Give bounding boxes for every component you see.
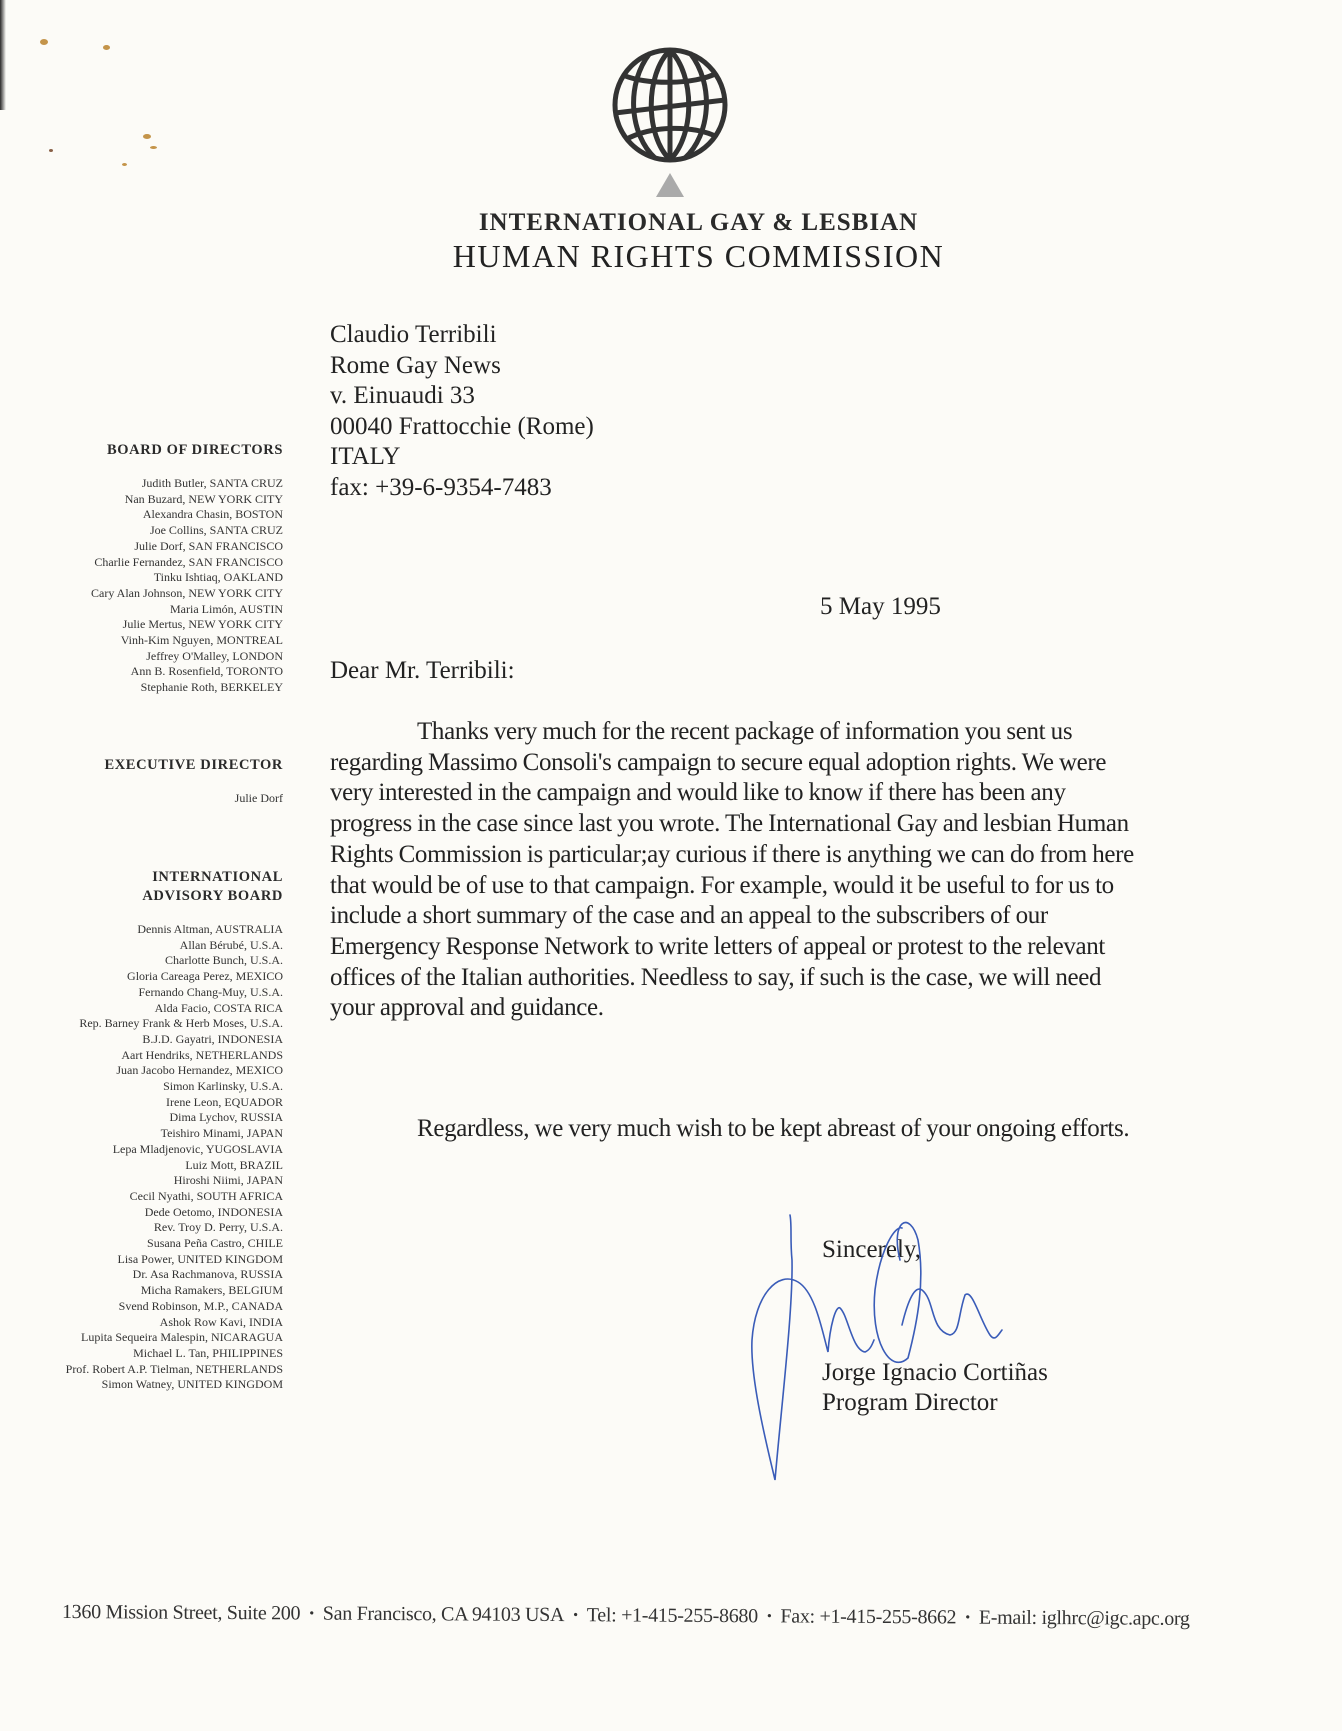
footer-item: Fax: +1-415-255-8662 bbox=[780, 1605, 956, 1628]
list-item: Lisa Power, UNITED KINGDOM bbox=[40, 1252, 283, 1268]
letter-date: 5 May 1995 bbox=[820, 593, 941, 621]
bullet-separator: • bbox=[309, 1607, 314, 1623]
list-item: Simon Watney, UNITED KINGDOM bbox=[40, 1377, 283, 1393]
list-item: Ashok Row Kavi, INDIA bbox=[40, 1315, 283, 1331]
list-item: Prof. Robert A.P. Tielman, NETHERLANDS bbox=[40, 1362, 283, 1378]
list-item: ITALY bbox=[330, 442, 594, 473]
list-item: Luiz Mott, BRAZIL bbox=[40, 1158, 283, 1174]
salutation: Dear Mr. Terribili: bbox=[330, 657, 515, 685]
scan-page-edge bbox=[0, 0, 6, 110]
paper-stain bbox=[150, 146, 157, 149]
board-of-directors: BOARD OF DIRECTORS Judith Butler, SANTA … bbox=[40, 441, 283, 696]
closing: Sincerely, bbox=[822, 1236, 921, 1264]
list-item: Rep. Barney Frank & Herb Moses, U.S.A. bbox=[40, 1016, 283, 1032]
list-item: Vinh-Kim Nguyen, MONTREAL bbox=[40, 633, 283, 649]
list-item: Rome Gay News bbox=[330, 351, 594, 382]
board-heading: BOARD OF DIRECTORS bbox=[40, 441, 283, 460]
list-item: Dede Oetomo, INDONESIA bbox=[40, 1205, 283, 1221]
list-item: Alda Facio, COSTA RICA bbox=[40, 1001, 283, 1017]
list-item: v. Einuaudi 33 bbox=[330, 381, 594, 412]
executive-director: EXECUTIVE DIRECTOR Julie Dorf bbox=[40, 756, 283, 807]
signer-block: Jorge Ignacio Cortiñas Program Director bbox=[822, 1358, 1048, 1418]
list-item: Hiroshi Niimi, JAPAN bbox=[40, 1173, 283, 1189]
list-item: Lupita Sequeira Malespin, NICARAGUA bbox=[40, 1330, 283, 1346]
org-name-line2: HUMAN RIGHTS COMMISSION bbox=[0, 238, 1342, 275]
list-item: Juan Jacobo Hernandez, MEXICO bbox=[40, 1063, 283, 1079]
list-item: Charlie Fernandez, SAN FRANCISCO bbox=[40, 555, 283, 571]
list-item: Maria Limón, AUSTIN bbox=[40, 602, 283, 618]
paper-stain bbox=[49, 149, 53, 152]
advisory-member-list: Dennis Altman, AUSTRALIAAllan Bérubé, U.… bbox=[40, 922, 283, 1393]
list-item: Nan Buzard, NEW YORK CITY bbox=[40, 492, 283, 508]
list-item: Julie Mertus, NEW YORK CITY bbox=[40, 617, 283, 633]
list-item: Julie Dorf, SAN FRANCISCO bbox=[40, 539, 283, 555]
list-item: Cary Alan Johnson, NEW YORK CITY bbox=[40, 586, 283, 602]
advisory-board: INTERNATIONAL ADVISORY BOARD Dennis Altm… bbox=[40, 868, 283, 1393]
list-item: Allan Bérubé, U.S.A. bbox=[40, 938, 283, 954]
recipient-address: Claudio TerribiliRome Gay Newsv. Einuaud… bbox=[330, 320, 594, 503]
bullet-separator: • bbox=[767, 1609, 772, 1625]
executive-list: Julie Dorf bbox=[40, 791, 283, 807]
list-item: B.J.D. Gayatri, INDONESIA bbox=[40, 1032, 283, 1048]
list-item: Micha Ramakers, BELGIUM bbox=[40, 1283, 283, 1299]
list-item: Susana Peña Castro, CHILE bbox=[40, 1236, 283, 1252]
triangle-icon bbox=[656, 173, 684, 197]
board-member-list: Judith Butler, SANTA CRUZNan Buzard, NEW… bbox=[40, 476, 283, 696]
list-item: Fernando Chang-Muy, U.S.A. bbox=[40, 985, 283, 1001]
footer-item: E-mail: iglhrc@igc.apc.org bbox=[979, 1607, 1190, 1630]
paper-stain bbox=[122, 163, 127, 166]
list-item: Irene Leon, EQUADOR bbox=[40, 1095, 283, 1111]
list-item: Svend Robinson, M.P., CANADA bbox=[40, 1299, 283, 1315]
list-item: Stephanie Roth, BERKELEY bbox=[40, 680, 283, 696]
footer-item: 1360 Mission Street, Suite 200 bbox=[62, 1601, 300, 1624]
globe-icon bbox=[605, 45, 735, 205]
list-item: Rev. Troy D. Perry, U.S.A. bbox=[40, 1220, 283, 1236]
list-item: Judith Butler, SANTA CRUZ bbox=[40, 476, 283, 492]
paper-stain bbox=[143, 134, 151, 139]
list-item: fax: +39-6-9354-7483 bbox=[330, 473, 594, 504]
body-paragraph-2: Regardless, we very much wish to be kept… bbox=[330, 1114, 1140, 1145]
advisory-heading-line2: ADVISORY BOARD bbox=[40, 887, 283, 906]
list-item: Jeffrey O'Malley, LONDON bbox=[40, 649, 283, 665]
paper-stain bbox=[103, 45, 110, 50]
list-item: Lepa Mladjenovic, YUGOSLAVIA bbox=[40, 1142, 283, 1158]
list-item: Simon Karlinsky, U.S.A. bbox=[40, 1079, 283, 1095]
list-item: Alexandra Chasin, BOSTON bbox=[40, 507, 283, 523]
list-item: Gloria Careaga Perez, MEXICO bbox=[40, 969, 283, 985]
footer-item: San Francisco, CA 94103 USA bbox=[323, 1603, 564, 1626]
list-item: Claudio Terribili bbox=[330, 320, 594, 351]
list-item: Joe Collins, SANTA CRUZ bbox=[40, 523, 283, 539]
advisory-heading-line1: INTERNATIONAL bbox=[40, 868, 283, 887]
footer-item: Tel: +1-415-255-8680 bbox=[587, 1604, 758, 1627]
list-item: Teishiro Minami, JAPAN bbox=[40, 1126, 283, 1142]
body-paragraph-1: Thanks very much for the recent package … bbox=[330, 717, 1140, 1024]
bullet-separator: • bbox=[573, 1608, 578, 1624]
list-item: Dennis Altman, AUSTRALIA bbox=[40, 922, 283, 938]
list-item: Dr. Asa Rachmanova, RUSSIA bbox=[40, 1267, 283, 1283]
signer-title: Program Director bbox=[822, 1388, 1048, 1418]
list-item: 00040 Frattocchie (Rome) bbox=[330, 412, 594, 443]
signer-name: Jorge Ignacio Cortiñas bbox=[822, 1358, 1048, 1388]
footer-contact: 1360 Mission Street, Suite 200•San Franc… bbox=[62, 1601, 1190, 1631]
list-item: Dima Lychov, RUSSIA bbox=[40, 1110, 283, 1126]
list-item: Tinku Ishtiaq, OAKLAND bbox=[40, 570, 283, 586]
org-name-line1: INTERNATIONAL GAY & LESBIAN bbox=[0, 209, 1342, 237]
paper-stain bbox=[40, 39, 48, 45]
bullet-separator: • bbox=[965, 1611, 970, 1627]
list-item: Charlotte Bunch, U.S.A. bbox=[40, 953, 283, 969]
executive-heading: EXECUTIVE DIRECTOR bbox=[40, 756, 283, 775]
list-item: Ann B. Rosenfield, TORONTO bbox=[40, 664, 283, 680]
list-item: Aart Hendriks, NETHERLANDS bbox=[40, 1048, 283, 1064]
list-item: Julie Dorf bbox=[40, 791, 283, 807]
list-item: Michael L. Tan, PHILIPPINES bbox=[40, 1346, 283, 1362]
list-item: Cecil Nyathi, SOUTH AFRICA bbox=[40, 1189, 283, 1205]
